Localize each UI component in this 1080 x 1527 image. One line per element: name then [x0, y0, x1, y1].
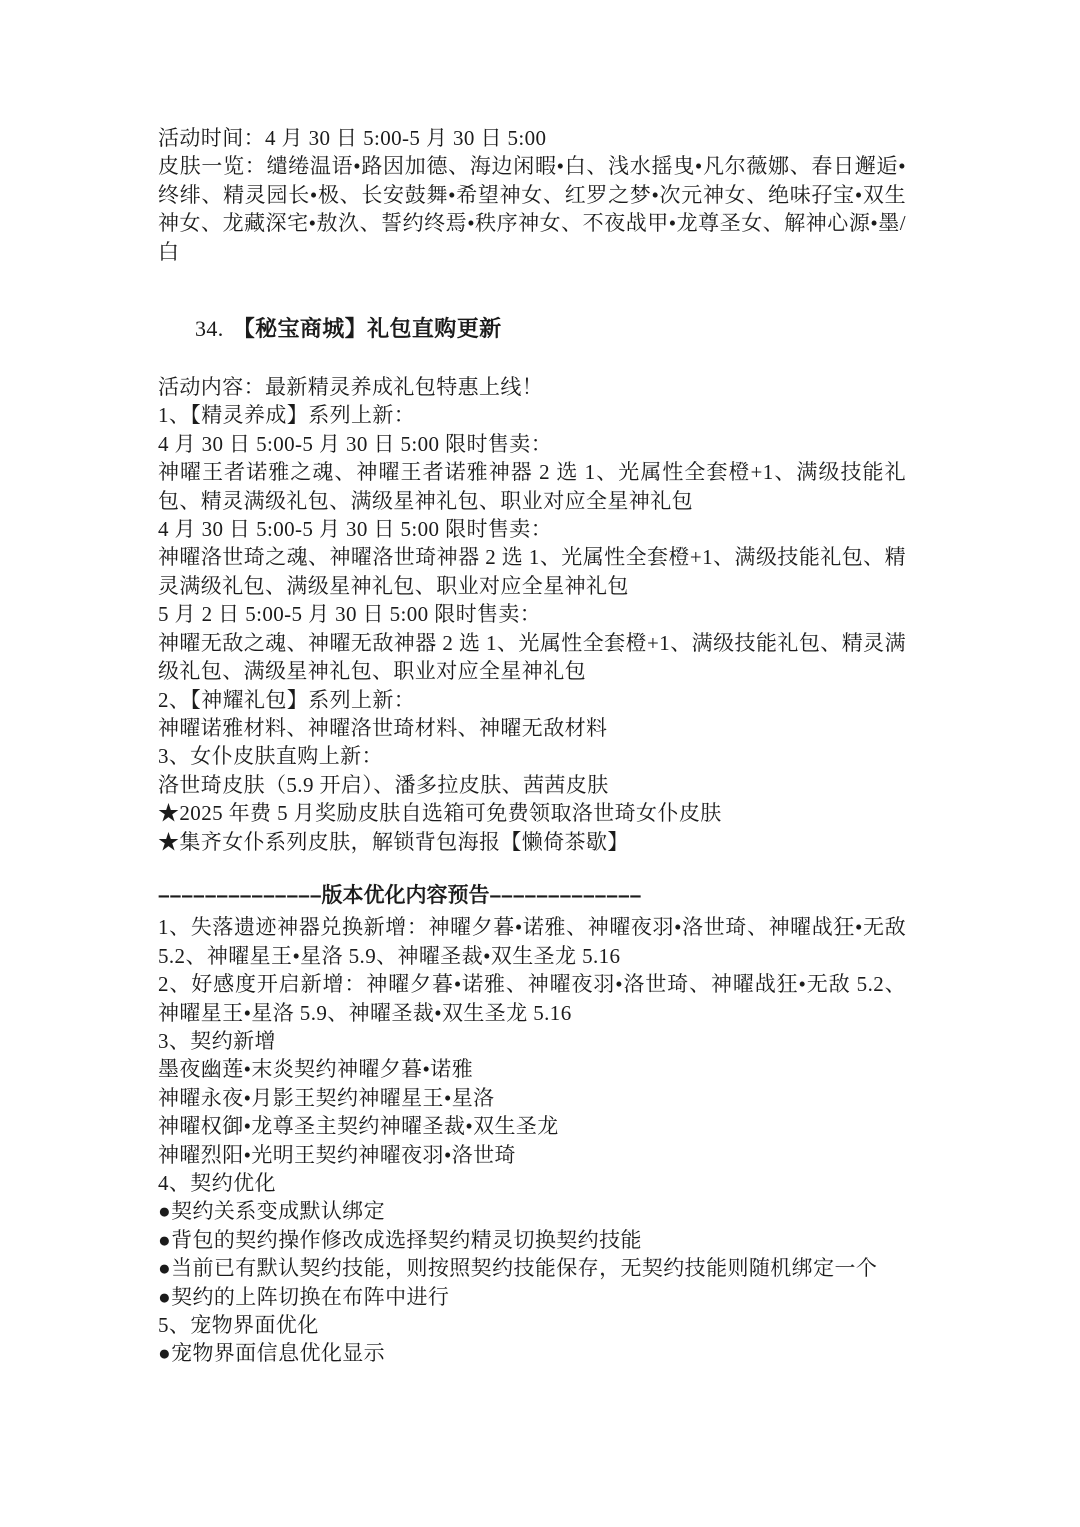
heading-text: 【秘宝商城】礼包直购更新 [233, 316, 502, 341]
opt-item-5: 5、宠物界面优化 [158, 1311, 906, 1339]
contract-line-3: 神曜权御•龙尊圣主契约神曜圣裁•双生圣龙 [158, 1112, 906, 1140]
bullet-formation-switch: ●契约的上阵切换在布阵中进行 [158, 1283, 906, 1311]
bullet-pet-info: ●宠物界面信息优化显示 [158, 1339, 906, 1367]
sale-window-1: 4 月 30 日 5:00-5 月 30 日 5:00 限时售卖： [158, 430, 906, 458]
contract-line-4: 神曜烈阳•光明王契约神曜夜羽•洛世琦 [158, 1141, 906, 1169]
maid-skins-line: 洛世琦皮肤（5.9 开启）、潘多拉皮肤、茜茜皮肤 [158, 771, 906, 799]
bullet-default-skill: ●当前已有默认契约技能，则按照契约技能保存，无契约技能则随机绑定一个 [158, 1254, 906, 1282]
contract-line-1: 墨夜幽莲•末炎契约神曜夕暮•诺雅 [158, 1055, 906, 1083]
optimization-preview-divider: ––––––––––––––版本优化内容预告––––––––––––– [158, 882, 906, 910]
materials-line: 神曜诺雅材料、神曜洛世琦材料、神曜无敌材料 [158, 714, 906, 742]
sale-items-2: 神曜洛世琦之魂、神曜洛世琦神器 2 选 1、光属性全套橙+1、满级技能礼包、精灵… [158, 543, 906, 600]
opt-item-3: 3、契约新增 [158, 1027, 906, 1055]
section-34-heading: 34.【秘宝商城】礼包直购更新 [195, 314, 906, 343]
bullet-backpack-contract: ●背包的契约操作修改成选择契约精灵切换契约技能 [158, 1226, 906, 1254]
activity-content-line: 活动内容：最新精灵养成礼包特惠上线！ [158, 373, 906, 401]
heading-number: 34. [195, 316, 224, 341]
opt-item-4: 4、契约优化 [158, 1169, 906, 1197]
skin-overview-line: 皮肤一览：缱绻温语•路因加德、海边闲暇•白、浅水摇曳•凡尔薇娜、春日邂逅•终绯、… [158, 152, 906, 266]
opt-item-2: 2、好感度开启新增：神曜夕暮•诺雅、神曜夜羽•洛世琦、神曜战狂•无敌 5.2、神… [158, 970, 906, 1027]
star-note-1: ★2025 年费 5 月奖励皮肤自选箱可免费领取洛世琦女仆皮肤 [158, 799, 906, 827]
list-item-2: 2、【神耀礼包】系列上新： [158, 686, 906, 714]
opt-item-1: 1、失落遗迹神器兑换新增：神曜夕暮•诺雅、神曜夜羽•洛世琦、神曜战狂•无敌 5.… [158, 913, 906, 970]
sale-items-1: 神曜王者诺雅之魂、神曜王者诺雅神器 2 选 1、光属性全套橙+1、满级技能礼包、… [158, 458, 906, 515]
list-item-1: 1、【精灵养成】系列上新： [158, 401, 906, 429]
list-item-3: 3、女仆皮肤直购上新： [158, 742, 906, 770]
sale-window-3: 5 月 2 日 5:00-5 月 30 日 5:00 限时售卖： [158, 600, 906, 628]
document-content: 活动时间：4 月 30 日 5:00-5 月 30 日 5:00皮肤一览：缱绻温… [158, 124, 906, 1368]
star-note-2: ★集齐女仆系列皮肤，解锁背包海报【懒倚茶歇】 [158, 828, 906, 856]
sale-window-2: 4 月 30 日 5:00-5 月 30 日 5:00 限时售卖： [158, 515, 906, 543]
document-page: 活动时间：4 月 30 日 5:00-5 月 30 日 5:00皮肤一览：缱绻温… [0, 0, 1080, 1527]
contract-line-2: 神曜永夜•月影王契约神曜星王•星洛 [158, 1084, 906, 1112]
bullet-contract-binding: ●契约关系变成默认绑定 [158, 1197, 906, 1225]
activity-time-line: 活动时间：4 月 30 日 5:00-5 月 30 日 5:00 [158, 124, 906, 152]
sale-items-3: 神曜无敌之魂、神曜无敌神器 2 选 1、光属性全套橙+1、满级技能礼包、精灵满级… [158, 629, 906, 686]
